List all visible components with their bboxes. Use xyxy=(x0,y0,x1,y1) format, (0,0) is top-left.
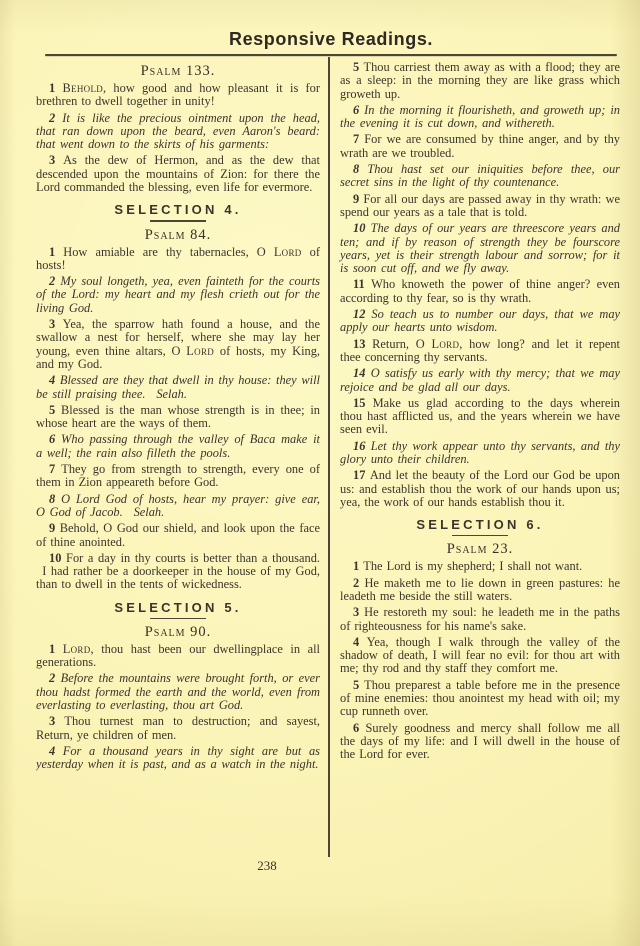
verse: 8 O Lord God of hosts, hear my prayer: g… xyxy=(36,493,320,520)
verse-number: 13 xyxy=(353,337,372,351)
verse: 3 He restoreth my soul: he leadeth me in… xyxy=(340,606,620,633)
verse: 1 The Lord is my shepherd; I shall not w… xyxy=(340,560,620,573)
verse-number: 8 xyxy=(49,492,61,506)
verse-number: 2 xyxy=(49,274,60,288)
verse-number: 3 xyxy=(49,153,63,167)
small-caps-word: Lord xyxy=(432,337,460,351)
verse-number: 9 xyxy=(353,192,363,206)
verse: 3 Yea, the sparrow hath found a house, a… xyxy=(36,318,320,371)
selection-heading: SELECTION 4. xyxy=(36,202,320,217)
verse: 13 Return, O Lord, how long? and let it … xyxy=(340,338,620,365)
psalm-heading: Psalm 23. xyxy=(340,542,620,557)
verse-number: 3 xyxy=(353,605,364,619)
page-number: 238 xyxy=(237,858,297,874)
verse: 8 Thou hast set our iniquities before th… xyxy=(340,163,620,190)
page-title: Responsive Readings. xyxy=(45,29,617,50)
verse: 9 Behold, O God our shield, and look upo… xyxy=(36,522,320,549)
verse-number: 4 xyxy=(353,635,367,649)
verse-number: 1 xyxy=(49,642,63,656)
text-columns: Psalm 133.1 Behold, how good and how ple… xyxy=(36,58,620,859)
verse: 2 It is like the precious ointment upon … xyxy=(36,112,320,152)
verse-number: 6 xyxy=(49,432,61,446)
verse-number: 8 xyxy=(353,162,367,176)
verse-number: 9 xyxy=(49,521,60,535)
verse: 10 The days of our years are threescore … xyxy=(340,222,620,275)
verse: 7 They go from strength to strength, eve… xyxy=(36,463,320,490)
verse-number: 2 xyxy=(353,576,364,590)
verse-number: 5 xyxy=(49,403,61,417)
left-column: Psalm 133.1 Behold, how good and how ple… xyxy=(36,58,328,859)
verse: 11 Who knoweth the power of thine anger?… xyxy=(340,278,620,305)
verse-number: 11 xyxy=(353,277,371,291)
verse: 2 He maketh me to lie down in green past… xyxy=(340,577,620,604)
verse: 17 And let the beauty of the Lord our Go… xyxy=(340,469,620,509)
verse: 3 Thou turnest man to destruction; and s… xyxy=(36,715,320,742)
verse-number: 2 xyxy=(49,111,62,125)
verse-number: 1 xyxy=(49,81,62,95)
verse-number: 16 xyxy=(353,439,371,453)
verse: 2 Before the mountains were brought fort… xyxy=(36,672,320,712)
verse-number: 7 xyxy=(353,132,364,146)
psalm-heading: Psalm 133. xyxy=(36,64,320,79)
verse: 14 O satisfy us early with thy mercy; th… xyxy=(340,367,620,394)
verse-number: 17 xyxy=(353,468,370,482)
verse: 4 Blessed are they that dwell in thy hou… xyxy=(36,374,320,401)
verse-number: 2 xyxy=(49,671,61,685)
verse-number: 12 xyxy=(353,307,371,321)
psalm-heading: Psalm 84. xyxy=(36,228,320,243)
verse: 4 Yea, though I walk through the valley … xyxy=(340,636,620,676)
verse: 9 For all our days are passed away in th… xyxy=(340,193,620,220)
verse-number: 5 xyxy=(353,60,364,74)
verse: 4 For a thousand years in thy sight are … xyxy=(36,745,320,772)
verse-number: 4 xyxy=(49,744,63,758)
verse: 16 Let thy work appear unto thy servants… xyxy=(340,440,620,467)
selection-rule xyxy=(150,220,206,221)
verse-number: 14 xyxy=(353,366,371,380)
verse: 6 Who passing through the valley of Baca… xyxy=(36,433,320,460)
verse-number: 10 xyxy=(353,221,371,235)
verse-number: 5 xyxy=(353,678,364,692)
selection-heading: SELECTION 5. xyxy=(36,600,320,615)
small-caps-word: Lord xyxy=(63,642,91,656)
verse: 1 Behold, how good and how pleasant it i… xyxy=(36,82,320,109)
verse: 6 In the morning it flourisheth, and gro… xyxy=(340,104,620,131)
scan-page: Responsive Readings. Psalm 133.1 Behold,… xyxy=(0,0,640,946)
verse: 7 For we are consumed by thine anger, an… xyxy=(340,133,620,160)
verse: 1 Lord, thou hast been our dwellingplace… xyxy=(36,643,320,670)
verse-number: 7 xyxy=(49,462,61,476)
verse-number: 3 xyxy=(49,317,63,331)
selection-heading: SELECTION 6. xyxy=(340,517,620,532)
verse-number: 3 xyxy=(49,714,64,728)
verse: 10 For a day in thy courts is better tha… xyxy=(36,552,320,592)
verse: 5 Thou carriest them away as with a floo… xyxy=(340,61,620,101)
small-caps-word: Behold xyxy=(62,81,103,95)
small-caps-word: Lord xyxy=(186,344,214,358)
verse-number: 1 xyxy=(49,245,63,259)
verse-number: 1 xyxy=(353,559,363,573)
verse-number: 6 xyxy=(353,103,364,117)
verse-number: 15 xyxy=(353,396,373,410)
verse: 2 My soul longeth, yea, even fainteth fo… xyxy=(36,275,320,315)
verse-number: 6 xyxy=(353,721,365,735)
verse: 5 Thou preparest a table before me in th… xyxy=(340,679,620,719)
selection-rule xyxy=(452,535,508,536)
verse-number: 4 xyxy=(49,373,60,387)
verse: 3 As the dew of Hermon, and as the dew t… xyxy=(36,154,320,194)
verse: 5 Blessed is the man whose strength is i… xyxy=(36,404,320,431)
small-caps-word: Lord xyxy=(274,245,302,259)
verse: 1 How amiable are thy tabernacles, O Lor… xyxy=(36,246,320,273)
psalm-heading: Psalm 90. xyxy=(36,625,320,640)
verse-number: 10 xyxy=(49,551,66,565)
verse: 12 So teach us to number our days, that … xyxy=(340,308,620,335)
header-rule xyxy=(45,54,617,56)
right-column: 5 Thou carriest them away as with a floo… xyxy=(328,58,620,859)
verse: 6 Surely goodness and mercy shall follow… xyxy=(340,722,620,762)
selection-rule xyxy=(150,618,206,619)
verse: 15 Make us glad according to the days wh… xyxy=(340,397,620,437)
